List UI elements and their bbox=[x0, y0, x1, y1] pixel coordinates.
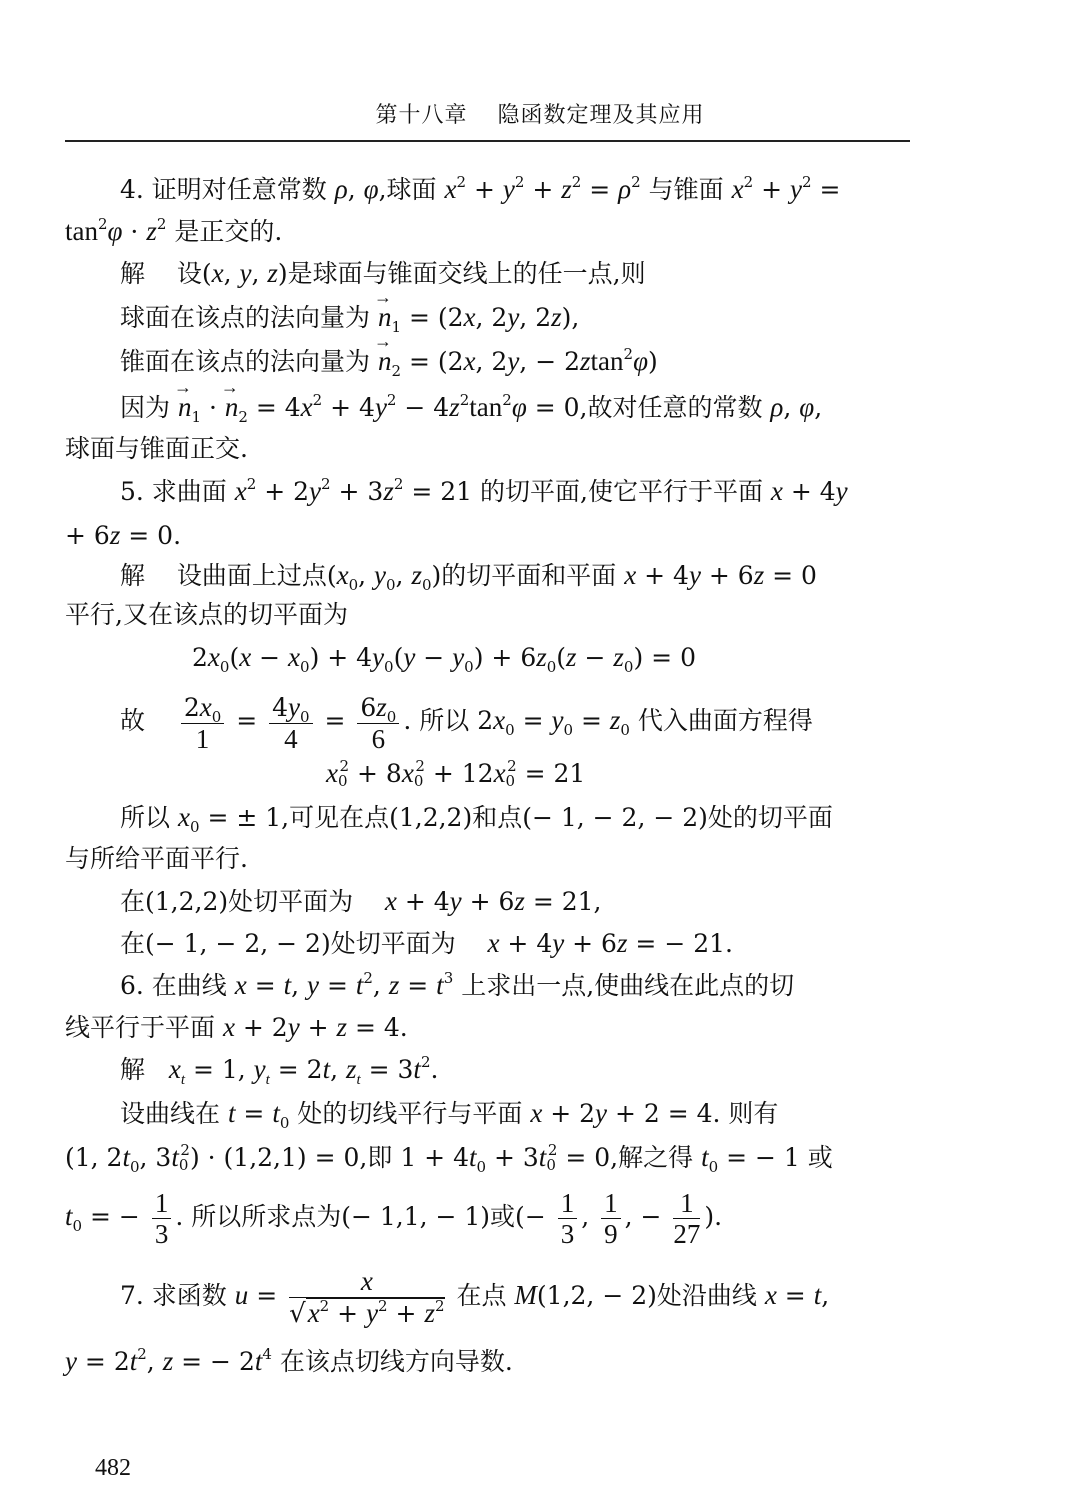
tangent-plane-equation: 2x0(x − x0) + 4y0(y − y0) + 6z0(z − z0) … bbox=[192, 640, 696, 675]
problem-4-solution-line-4: 因为 n1 · n2 = 4x2 + 4y2 − 4z2tan2φ = 0,故对… bbox=[120, 390, 822, 425]
solution-label: 解 bbox=[120, 259, 145, 288]
ratio-equation: 故 2x01 = 4y04 = 6z06. 所以 2x0 = y0 = z0 代… bbox=[120, 690, 813, 754]
problem-4-solution-line-2: 球面在该点的法向量为 n1 = (2x, 2y, 2z), bbox=[120, 300, 579, 335]
running-header: 第十八章隐函数定理及其应用 bbox=[0, 98, 1080, 129]
problem-5-solution-line-2: 平行,又在该点的切平面为 bbox=[65, 598, 348, 632]
page-number: 482 bbox=[95, 1455, 131, 1482]
problem-6-solution-line-1: 解 xt = 1, yt = 2t, zt = 3t2. bbox=[120, 1052, 438, 1087]
problem-6-statement-cont: 线平行于平面 x + 2y + z = 4. bbox=[65, 1010, 408, 1045]
chapter-label: 第十八章 bbox=[375, 103, 467, 128]
problem-4-solution-line-5: 球面与锥面正交. bbox=[65, 432, 248, 466]
tangent-plane-2: 在(− 1, − 2, − 2)处切平面为 x + 4y + 6z = − 21… bbox=[120, 926, 733, 961]
problem-4-statement: 4. 证明对任意常数 ρ, φ,球面 x2 + y2 + z2 = ρ2 与锥面… bbox=[120, 172, 840, 207]
problem-4-statement-cont: tan2φ · z2 是正交的. bbox=[65, 214, 282, 249]
problem-7-statement-cont: y = 2t2, z = − 2t4 在该点切线方向导数. bbox=[65, 1344, 513, 1379]
problem-6-solution-line-2: 设曲线在 t = t0 处的切线平行与平面 x + 2y + 2 = 4. 则有 bbox=[120, 1096, 778, 1131]
header-rule bbox=[65, 140, 910, 142]
tangent-plane-1: 在(1,2,2)处切平面为 x + 4y + 6z = 21, bbox=[120, 884, 602, 919]
problem-6-solution-line-3: (1, 2t0, 3t02) · (1,2,1) = 0,即 1 + 4t0 +… bbox=[65, 1140, 833, 1175]
problem-7-statement: 7. 求函数 u = x√x2 + y2 + z2 在点 M(1,2, − 2)… bbox=[120, 1262, 829, 1329]
problem-5-statement-cont: + 6z = 0. bbox=[65, 518, 181, 553]
problem-6-solution-line-4: t0 = − 13. 所以所求点为(− 1,1, − 1)或(− 13, 19,… bbox=[65, 1186, 722, 1249]
problem-6-statement: 6. 在曲线 x = t, y = t2, z = t3 上求出一点,使曲线在此… bbox=[120, 968, 794, 1003]
problem-5-statement: 5. 求曲面 x2 + 2y2 + 3z2 = 21 的切平面,使它平行于平面 … bbox=[120, 474, 848, 509]
substituted-equation: x02 + 8x02 + 12x02 = 21 bbox=[326, 756, 585, 791]
problem-5-solution-line-3: 所以 x0 = ± 1,可见在点(1,2,2)和点(− 1, − 2, − 2)… bbox=[120, 800, 833, 835]
problem-4-solution-line-3: 锥面在该点的法向量为 n2 = (2x, 2y, − 2ztan2φ) bbox=[120, 344, 658, 379]
problem-5-solution-line-4: 与所给平面平行. bbox=[65, 842, 248, 876]
chapter-title: 隐函数定理及其应用 bbox=[498, 103, 705, 128]
problem-5-solution-line-1: 解 设曲面上过点(x0, y0, z0)的切平面和平面 x + 4y + 6z … bbox=[120, 558, 817, 593]
